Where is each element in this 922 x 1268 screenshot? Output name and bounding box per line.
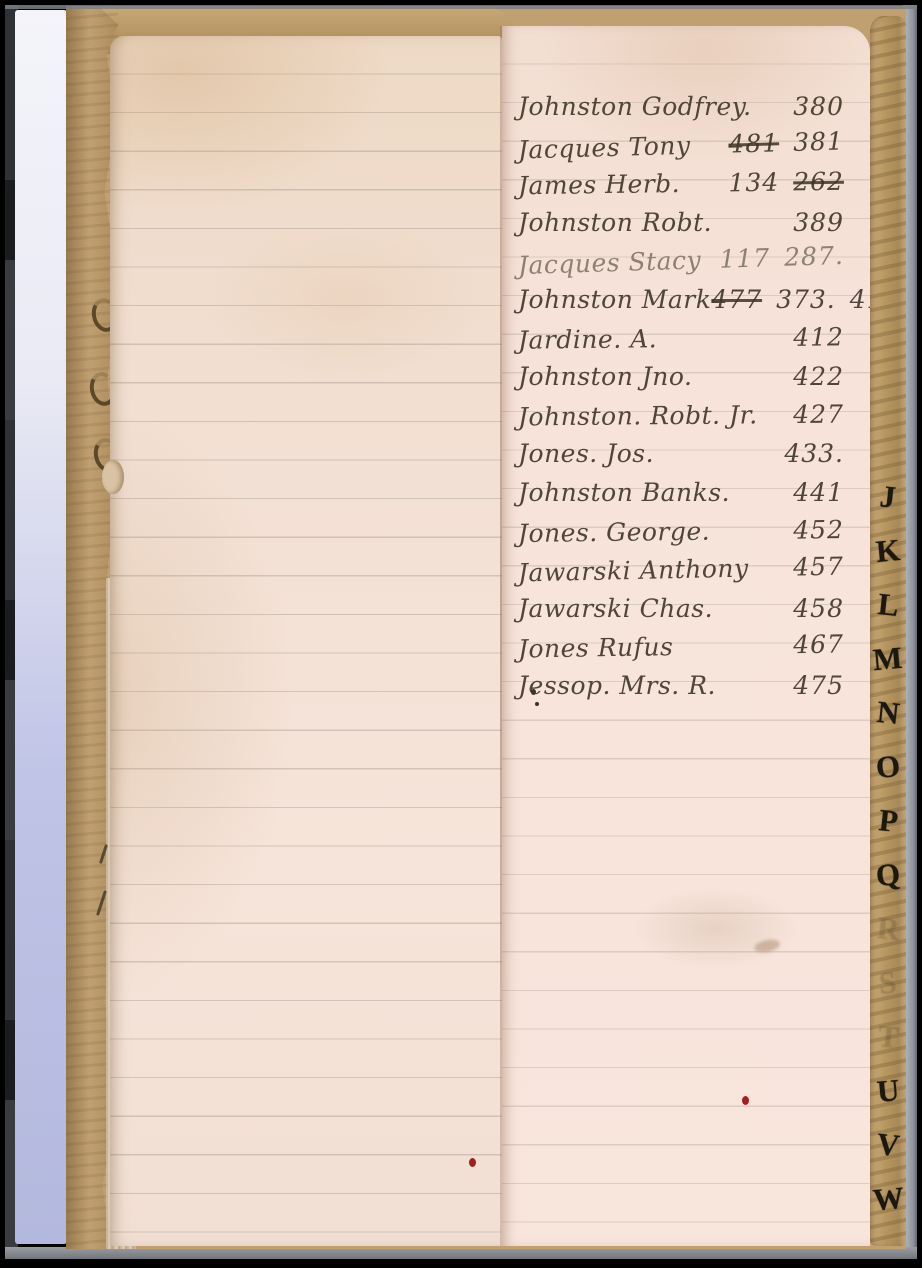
tab-letter: Q <box>874 856 901 894</box>
entry-page-number: 412 <box>793 322 844 352</box>
alphabet-tab: J <box>870 470 906 524</box>
entry-page-numbers: 422 <box>793 362 844 391</box>
entry-page-numbers: 458 <box>793 594 844 623</box>
ledger-entry: Johnston Banks. 441 <box>518 478 844 517</box>
tab-letter: P <box>877 802 900 840</box>
ledger-entry: Johnston. Robt. Jr. 427 <box>518 399 844 440</box>
ledger-entry: Jones Rufus 467 <box>518 630 845 674</box>
entry-page-number: 477 <box>711 285 762 314</box>
ink-speck <box>535 702 539 706</box>
entry-page-number: 452 <box>793 515 844 545</box>
tab-letter: V <box>875 1126 901 1164</box>
entry-page-number: 475 <box>793 671 844 700</box>
red-ink-speck <box>742 1096 749 1105</box>
alphabet-tab: M <box>870 632 906 686</box>
tab-letter: S <box>878 964 898 1001</box>
paper-smudge <box>753 937 781 954</box>
entry-page-numbers: 117287. <box>719 241 844 274</box>
entry-page-number: 373. <box>776 285 836 314</box>
tab-letter: J <box>878 478 897 515</box>
entry-page-number: 433. <box>784 439 844 468</box>
tab-letter: R <box>875 910 901 948</box>
entry-page-number: 422 <box>793 362 844 391</box>
entry-name: Johnston. Robt. Jr. <box>518 400 794 431</box>
red-ink-speck <box>469 1158 476 1167</box>
entry-page-number: 467 <box>793 630 844 660</box>
entry-page-number: 134 <box>728 168 779 198</box>
alphabet-tab: S <box>870 956 906 1010</box>
alphabet-tab: Q <box>870 848 906 902</box>
entry-page-numbers: 389 <box>793 208 844 237</box>
entry-page-number: 262 <box>793 167 844 197</box>
ledger-entry: Jawarski Anthony 457 <box>518 552 845 597</box>
entry-page-numbers: 412 <box>793 322 844 352</box>
entry-page-numbers: 134262 <box>728 167 844 198</box>
entry-page-number: 389 <box>793 208 844 237</box>
alphabet-tab: L <box>870 578 906 632</box>
alphabet-tab-list: J K L M N O P Q R S T U V W <box>870 470 906 1226</box>
ledger-entry-list: Johnston Godfrey. 380 Jacques Tony 48138… <box>502 92 870 710</box>
entry-page-number: 381 <box>793 126 845 156</box>
entry-page-number: 287. <box>784 241 845 272</box>
tab-letter: W <box>871 1180 905 1219</box>
left-blank-page <box>110 36 502 1246</box>
entry-name: Jones Rufus <box>518 631 794 664</box>
entry-page-number: 457 <box>793 552 844 582</box>
entry-name: Jones. Jos. <box>518 439 784 468</box>
entry-name: Jardine. A. <box>518 322 794 354</box>
entry-page-number: 380 <box>793 92 844 121</box>
alphabet-tab: K <box>870 524 906 578</box>
alphabet-tab: U <box>870 1064 906 1118</box>
ledger-entry: Johnston Jno. 422 <box>518 362 844 401</box>
entry-page-number: 441 <box>793 478 844 507</box>
ledger-entry: Johnston Godfrey. 380 <box>518 92 844 131</box>
entry-page-numbers: 452 <box>793 515 844 545</box>
alphabet-tab: T <box>870 1010 906 1064</box>
scan-top-line <box>0 4 922 9</box>
ledger-book: Johnston Godfrey. 380 Jacques Tony 48138… <box>66 6 906 1249</box>
entry-name: Jacques Tony <box>518 129 729 164</box>
ledger-entry: Jawarski Chas. 458 <box>518 594 844 633</box>
entry-page-number: 481 <box>728 128 780 158</box>
entry-page-numbers: 467 <box>793 630 844 660</box>
page-stack-edge-left <box>15 10 67 1244</box>
page-edge-notch <box>102 460 124 494</box>
entry-page-numbers: 441 <box>793 478 844 507</box>
ledger-entry: Jessop. Mrs. R. 475 <box>518 671 844 710</box>
tab-letter: T <box>876 1018 900 1056</box>
alphabet-tab: P <box>870 794 906 848</box>
entry-page-numbers: 380 <box>793 92 844 121</box>
alphabet-tab: N <box>870 686 906 740</box>
tab-letter: L <box>876 586 900 624</box>
entry-name: Jessop. Mrs. R. <box>518 671 793 700</box>
entry-name: James Herb. <box>518 169 729 201</box>
alphabet-tab-edge: J K L M N O P Q R S T U V W <box>870 16 906 1246</box>
tab-letter: M <box>872 640 904 678</box>
right-index-page: Johnston Godfrey. 380 Jacques Tony 48138… <box>502 26 870 1246</box>
ledger-entry: Johnston Robt. 389 <box>518 208 844 247</box>
alphabet-tab: R <box>870 902 906 956</box>
entry-name: Johnston Banks. <box>518 478 793 507</box>
alphabet-tab: O <box>870 740 906 794</box>
ledger-entry: Jacques Stacy 117287. <box>517 241 844 290</box>
entry-page-number: 458 <box>793 594 844 623</box>
ink-speck <box>531 689 536 695</box>
entry-page-numbers: 433. <box>784 439 844 468</box>
entry-name: Jones. George. <box>518 515 794 547</box>
tab-letter: N <box>875 694 901 732</box>
entry-page-number: 117 <box>719 244 771 275</box>
entry-name: Jawarski Chas. <box>518 594 793 623</box>
ledger-entry: Jones. George. 452 <box>518 515 844 558</box>
entry-page-numbers: 457 <box>793 552 844 582</box>
alphabet-tab: W <box>870 1172 906 1226</box>
entry-page-numbers: 475 <box>793 671 844 700</box>
entry-page-numbers: 481381 <box>728 126 844 158</box>
entry-name: Johnston Godfrey. <box>518 92 793 121</box>
tab-letter: K <box>874 532 901 570</box>
ledger-entry: Jardine. A. 412 <box>518 322 844 364</box>
tab-letter: U <box>875 1072 900 1110</box>
entry-name: Johnston Jno. <box>518 362 793 391</box>
entry-name: Johnston Robt. <box>518 208 793 237</box>
ledger-entry: Jones. Jos. 433. <box>518 439 844 478</box>
entry-name: Jawarski Anthony <box>518 553 794 588</box>
entry-name: Jacques Stacy <box>517 245 719 280</box>
entry-name: Johnston Mark <box>518 285 711 314</box>
entry-page-number: 427 <box>793 399 844 428</box>
entry-page-numbers: 427 <box>793 399 844 428</box>
alphabet-tab: V <box>870 1118 906 1172</box>
tab-letter: O <box>874 748 901 786</box>
ledger-entry: James Herb. 134262 <box>518 167 845 210</box>
ledger-entry: Johnston Mark 477373.411 <box>518 285 844 324</box>
